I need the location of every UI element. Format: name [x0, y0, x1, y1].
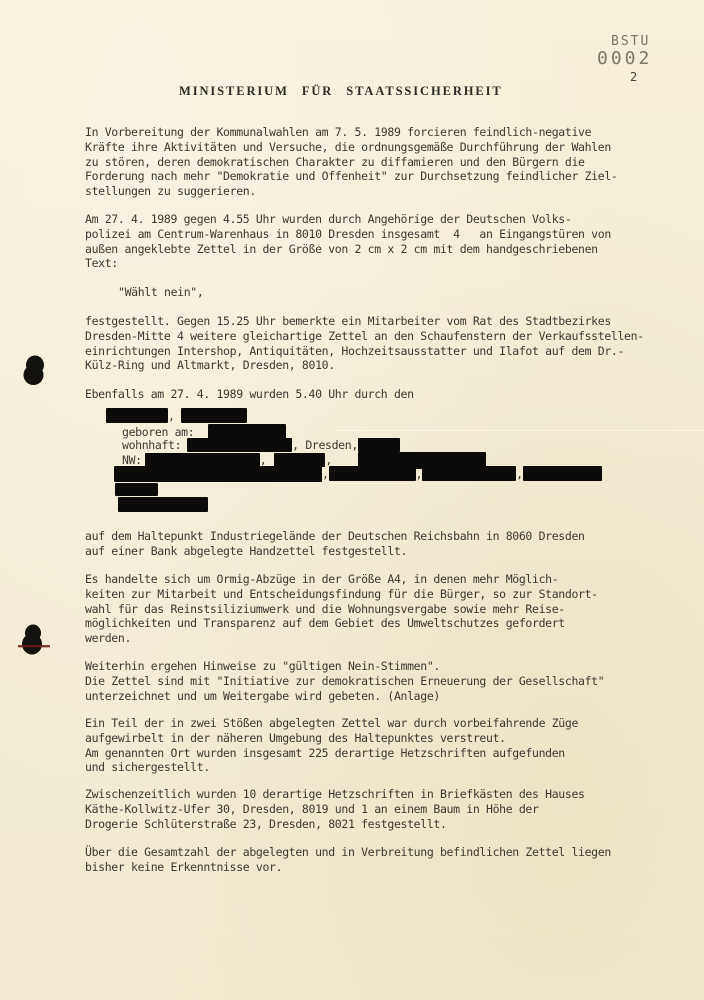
paragraph-haltepunkt: auf dem Haltepunkt Industriegelände der … — [85, 529, 685, 559]
redaction-row-address: wohnhaft:, Dresden, — [122, 438, 400, 453]
red-line-mark — [18, 645, 50, 647]
label-nw: NW: — [122, 453, 142, 467]
paragraph-intro: In Vorbereitung der Kommunalwahlen am 7.… — [85, 125, 685, 199]
redaction-bar — [115, 483, 158, 496]
redaction-row-details: ,,, — [114, 466, 602, 482]
redaction-bar — [118, 497, 208, 512]
page-number: 2 — [630, 70, 637, 84]
redaction-bar — [106, 408, 168, 423]
paragraph-hinweise: Weiterhin ergehen Hinweise zu "gültigen … — [85, 659, 685, 703]
paragraph-gesamtzahl: Über die Gesamtzahl der abgelegten und i… — [85, 845, 685, 875]
paragraph-incident-2: festgestellt. Gegen 15.25 Uhr bemerkte e… — [85, 314, 685, 373]
redaction-bar — [187, 438, 292, 452]
separator-comma: , — [168, 409, 175, 423]
paragraph-incident-1: Am 27. 4. 1989 gegen 4.55 Uhr wurden dur… — [85, 212, 685, 271]
city-text: , Dresden, — [292, 438, 358, 452]
separator-comma: , — [516, 467, 523, 481]
paper-crease — [335, 430, 704, 431]
redaction-row-last — [118, 497, 208, 513]
redaction-row-name: , — [106, 408, 247, 424]
bstu-stamp-text: BSTU — [611, 34, 650, 49]
document-page: BSTU 0002 2 MINISTERIUM FÜR STAATSSICHER… — [0, 0, 704, 1000]
redaction-bar — [181, 408, 247, 423]
bstu-stamp-number: 0002 — [597, 48, 652, 69]
paragraph-ormig: Es handelte sich um Ormig-Abzüge in der … — [85, 572, 685, 646]
separator-comma: , — [322, 467, 329, 481]
separator-comma: , — [416, 467, 423, 481]
label-wohnhaft: wohnhaft: — [122, 438, 181, 452]
redaction-bar — [114, 466, 322, 482]
redaction-bar — [358, 438, 400, 452]
label-geboren-am: geboren am: — [122, 425, 194, 439]
redaction-bar — [422, 466, 516, 481]
ink-blob-bottom — [18, 623, 50, 657]
redaction-bar — [145, 453, 260, 467]
separator-comma: , — [260, 453, 267, 467]
paragraph-verstreut: Ein Teil der in zwei Stößen abgelegten Z… — [85, 716, 685, 775]
redaction-row-small — [115, 482, 158, 497]
separator-comma: , — [325, 453, 332, 467]
document-title: MINISTERIUM FÜR STAATSSICHERHEIT — [179, 84, 503, 99]
paragraph-ebenfalls: Ebenfalls am 27. 4. 1989 wurden 5.40 Uhr… — [85, 387, 685, 402]
redaction-bar — [523, 466, 602, 481]
quote-waehlt-nein: "Wählt nein", — [118, 285, 704, 300]
redaction-bar — [329, 466, 416, 481]
paragraph-briefkaesten: Zwischenzeitlich wurden 10 derartige Het… — [85, 787, 685, 831]
ink-blob-top — [20, 354, 50, 386]
redaction-bar — [274, 453, 325, 467]
